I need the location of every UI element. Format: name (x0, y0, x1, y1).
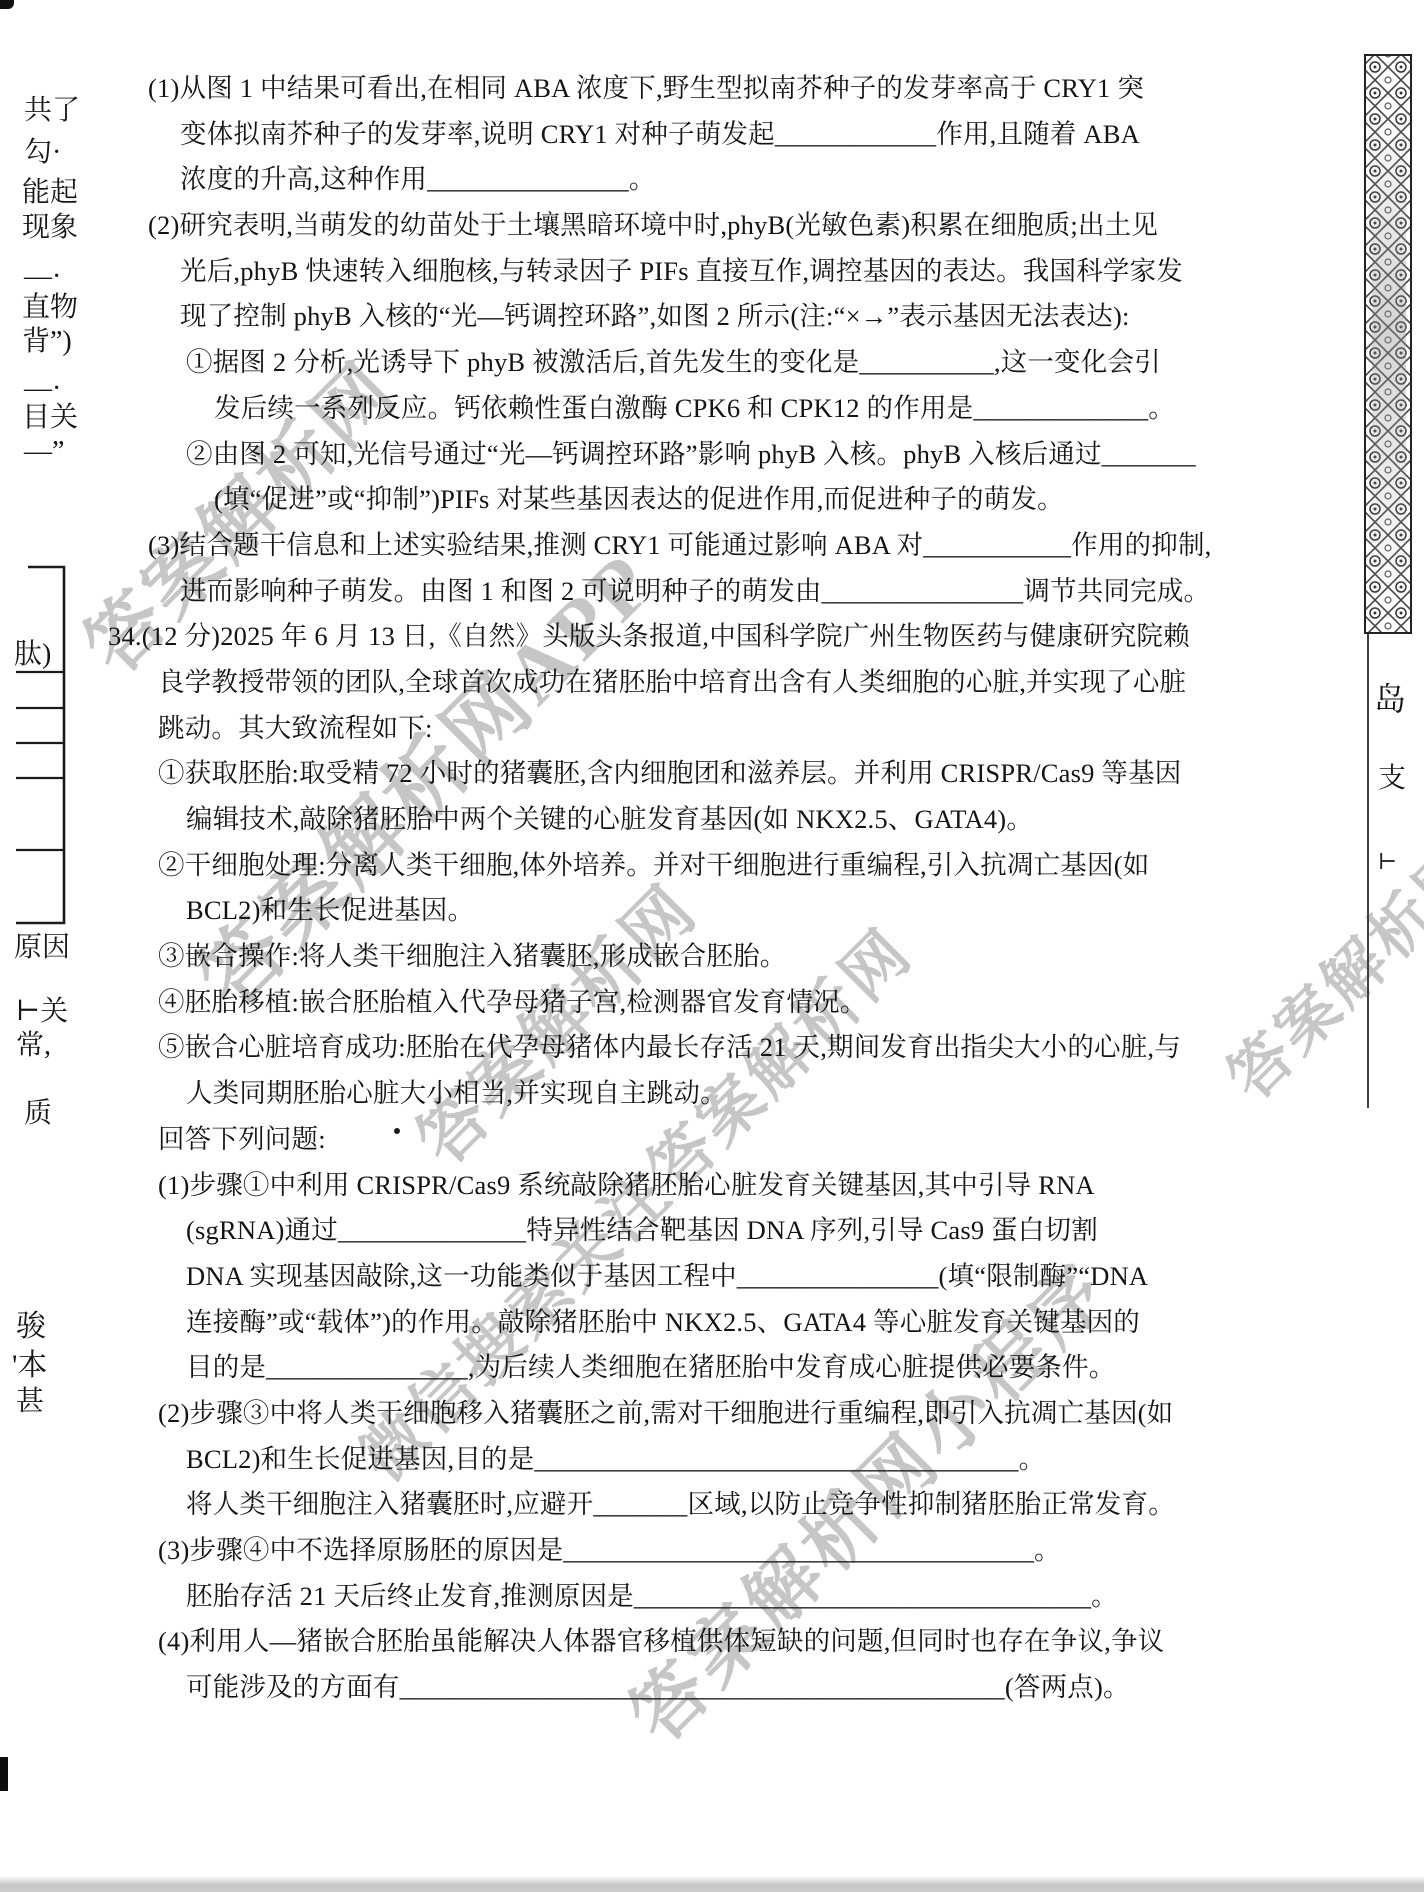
margin-fragment: 原因 (14, 933, 70, 964)
corner-mark (0, 0, 14, 9)
margin-fragment: 支 (1378, 764, 1406, 795)
margin-fragment: ⊢关 (16, 997, 68, 1028)
binding-lace-strip (1362, 54, 1414, 634)
exam-text-line: (3)结合题干信息和上述实验结果,推测 CRY1 可能通过影响 ABA 对___… (108, 523, 1424, 569)
exam-text-line: 发后续一系列反应。钙依赖性蛋白激酶 CPK6 和 CPK12 的作用是_____… (108, 386, 1424, 432)
exam-text-line: 胚胎存活 21 天后终止发育,推测原因是____________________… (108, 1574, 1424, 1620)
exam-text-line: 浓度的升高,这种作用_______________。 (108, 157, 1424, 203)
margin-fragment: 共了 (24, 96, 80, 127)
exam-text-line: (2)研究表明,当萌发的幼苗处于土壤黑暗环境中时,phyB(光敏色素)积累在细胞… (108, 203, 1424, 249)
margin-fragment: 能起 (22, 178, 78, 209)
margin-fragment: 岛 (1374, 682, 1406, 717)
margin-fragment: '本 (12, 1349, 47, 1382)
exam-text-line: 编辑技术,敲除猪胚胎中两个关键的心脏发育基因(如 NKX2.5、GATA4)。 (108, 797, 1424, 843)
margin-fragment: —· (24, 374, 61, 405)
margin-bracket (0, 555, 80, 935)
exam-text-line: (1)步骤①中利用 CRISPR/Cas9 系统敲除猪胚胎心脏发育关键基因,其中… (108, 1163, 1424, 1209)
exam-body: (1)从图 1 中结果可看出,在相同 ABA 浓度下,野生型拟南芥种子的发芽率高… (108, 66, 1424, 1711)
scanned-exam-page: 答案解析网答案解析网APP答案解析网答案解析网微信搜索关注答案解析网答案解析网小… (0, 0, 1424, 1892)
exam-text-line: (3)步骤④中不选择原肠胚的原因是_______________________… (108, 1528, 1424, 1574)
exam-text-line: 跳动。其大致流程如下: (108, 706, 1424, 752)
margin-fragment: 常, (16, 1031, 51, 1062)
exam-text-line: 光后,phyB 快速转入细胞核,与转录因子 PIFs 直接互作,调控基因的表达。… (108, 249, 1424, 295)
exam-text-line: 变体拟南芥种子的发芽率,说明 CRY1 对种子萌发起____________作用… (108, 112, 1424, 158)
ink-dot (394, 1128, 400, 1134)
exam-text-line: BCL2)和生长促进基因,目的是________________________… (108, 1437, 1424, 1483)
exam-text-line: 回答下列问题: (108, 1117, 1424, 1163)
exam-text-line: ④胚胎移植:嵌合胚胎植入代孕母猪子宫,检测器官发育情况。 (108, 980, 1424, 1026)
margin-fragment: 目关 (22, 403, 78, 434)
exam-text-line: BCL2)和生长促进基因。 (108, 888, 1424, 934)
exam-text-line: 进而影响种子萌发。由图 1 和图 2 可说明种子的萌发由____________… (108, 569, 1424, 615)
exam-text-line: ①获取胚胎:取受精 72 小时的猪囊胚,含内细胞团和滋养层。并利用 CRISPR… (108, 751, 1424, 797)
margin-fragment: —· (24, 262, 61, 293)
exam-text-line: 人类同期胚胎心脏大小相当,并实现自主跳动。 (108, 1071, 1424, 1117)
exam-text-line: (2)步骤③中将人类干细胞移入猪囊胚之前,需对干细胞进行重编程,即引入抗凋亡基因… (108, 1391, 1424, 1437)
margin-fragment: 现象 (22, 213, 78, 244)
exam-text-line: (4)利用人—猪嵌合胚胎虽能解决人体器官移植供体短缺的问题,但同时也存在争议,争… (108, 1619, 1424, 1665)
margin-fragment: 直物 (22, 293, 78, 324)
margin-fragment: 背”) (22, 327, 72, 358)
margin-fragment: —” (24, 437, 64, 468)
exam-text-line: ②由图 2 可知,光信号通过“光—钙调控环路”影响 phyB 入核。phyB 入… (108, 432, 1424, 478)
exam-text-line: 目的是_______________,为后续人类细胞在猪胚胎中发育成心脏提供必要… (108, 1345, 1424, 1391)
exam-text-line: 将人类干细胞注入猪囊胚时,应避开_______区域,以防止竞争性抑制猪胚胎正常发… (108, 1482, 1424, 1528)
edge-ink-bar (0, 1757, 8, 1791)
margin-fragment: 骏 (16, 1310, 46, 1343)
exam-text-line: ②干细胞处理:分离人类干细胞,体外培养。并对干细胞进行重编程,引入抗凋亡基因(如 (108, 843, 1424, 889)
margin-fragment: 甚 (16, 1387, 44, 1418)
bottom-scan-band (0, 1876, 1424, 1892)
exam-text-line: ⑤嵌合心脏培育成功:胚胎在代孕母猪体内最长存活 21 天,期间发育出指尖大小的心… (108, 1025, 1424, 1071)
exam-text-line: 连接酶”或“载体”)的作用。敲除猪胚胎中 NKX2.5、GATA4 等心脏发育关… (108, 1300, 1424, 1346)
exam-text-line: 良学教授带领的团队,全球首次成功在猪胚胎中培育出含有人类细胞的心脏,并实现了心脏 (108, 660, 1424, 706)
exam-text-line: (填“促进”或“抑制”)PIFs 对某些基因表达的促进作用,而促进种子的萌发。 (108, 477, 1424, 523)
exam-text-line: 可能涉及的方面有________________________________… (108, 1665, 1424, 1711)
exam-text-line: (sgRNA)通过______________特异性结合靶基因 DNA 序列,引… (108, 1208, 1424, 1254)
exam-text-line: DNA 实现基因敲除,这一功能类似于基因工程中_______________(填… (108, 1254, 1424, 1300)
margin-fragment: ⊢ (1378, 850, 1397, 874)
exam-text-line: 34.(12 分)2025 年 6 月 13 日,《自然》头版头条报道,中国科学… (108, 614, 1424, 660)
margin-fragment: 勾· (24, 138, 61, 169)
exam-text-line: (1)从图 1 中结果可看出,在相同 ABA 浓度下,野生型拟南芥种子的发芽率高… (108, 66, 1424, 112)
exam-text-line: ①据图 2 分析,光诱导下 phyB 被激活后,首先发生的变化是________… (108, 340, 1424, 386)
fold-line (1367, 634, 1369, 1108)
exam-text-line: ③嵌合操作:将人类干细胞注入猪囊胚,形成嵌合胚胎。 (108, 934, 1424, 980)
exam-text-line: 现了控制 phyB 入核的“光—钙调控环路”,如图 2 所示(注:“×→”表示基… (108, 294, 1424, 340)
margin-fragment: 质 (24, 1099, 52, 1130)
